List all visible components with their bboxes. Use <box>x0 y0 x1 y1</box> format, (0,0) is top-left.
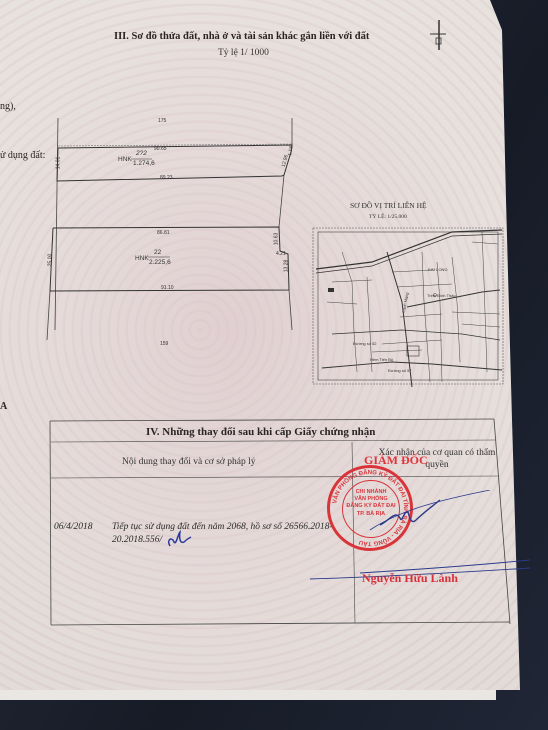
entry-content-line1: Tiếp tục sử dụng đất đến năm 2068, hồ sơ… <box>112 522 333 532</box>
initials-icon <box>164 528 194 552</box>
signer-position: GIÁM ĐỐC <box>364 453 428 468</box>
signature-stroke <box>0 560 548 600</box>
section4-title: IV. Những thay đổi sau khi cấp Giấy chứn… <box>146 426 375 438</box>
entry-date: 06/4/2018 <box>54 522 93 532</box>
column-header-content: Nội dung thay đổi và cơ sở pháp lý <box>122 457 256 467</box>
changes-table <box>0 0 548 730</box>
entry-content-line2: 20.2018.556/ <box>112 535 162 545</box>
signer-name: Nguyễn Hữu Lành <box>362 571 458 586</box>
